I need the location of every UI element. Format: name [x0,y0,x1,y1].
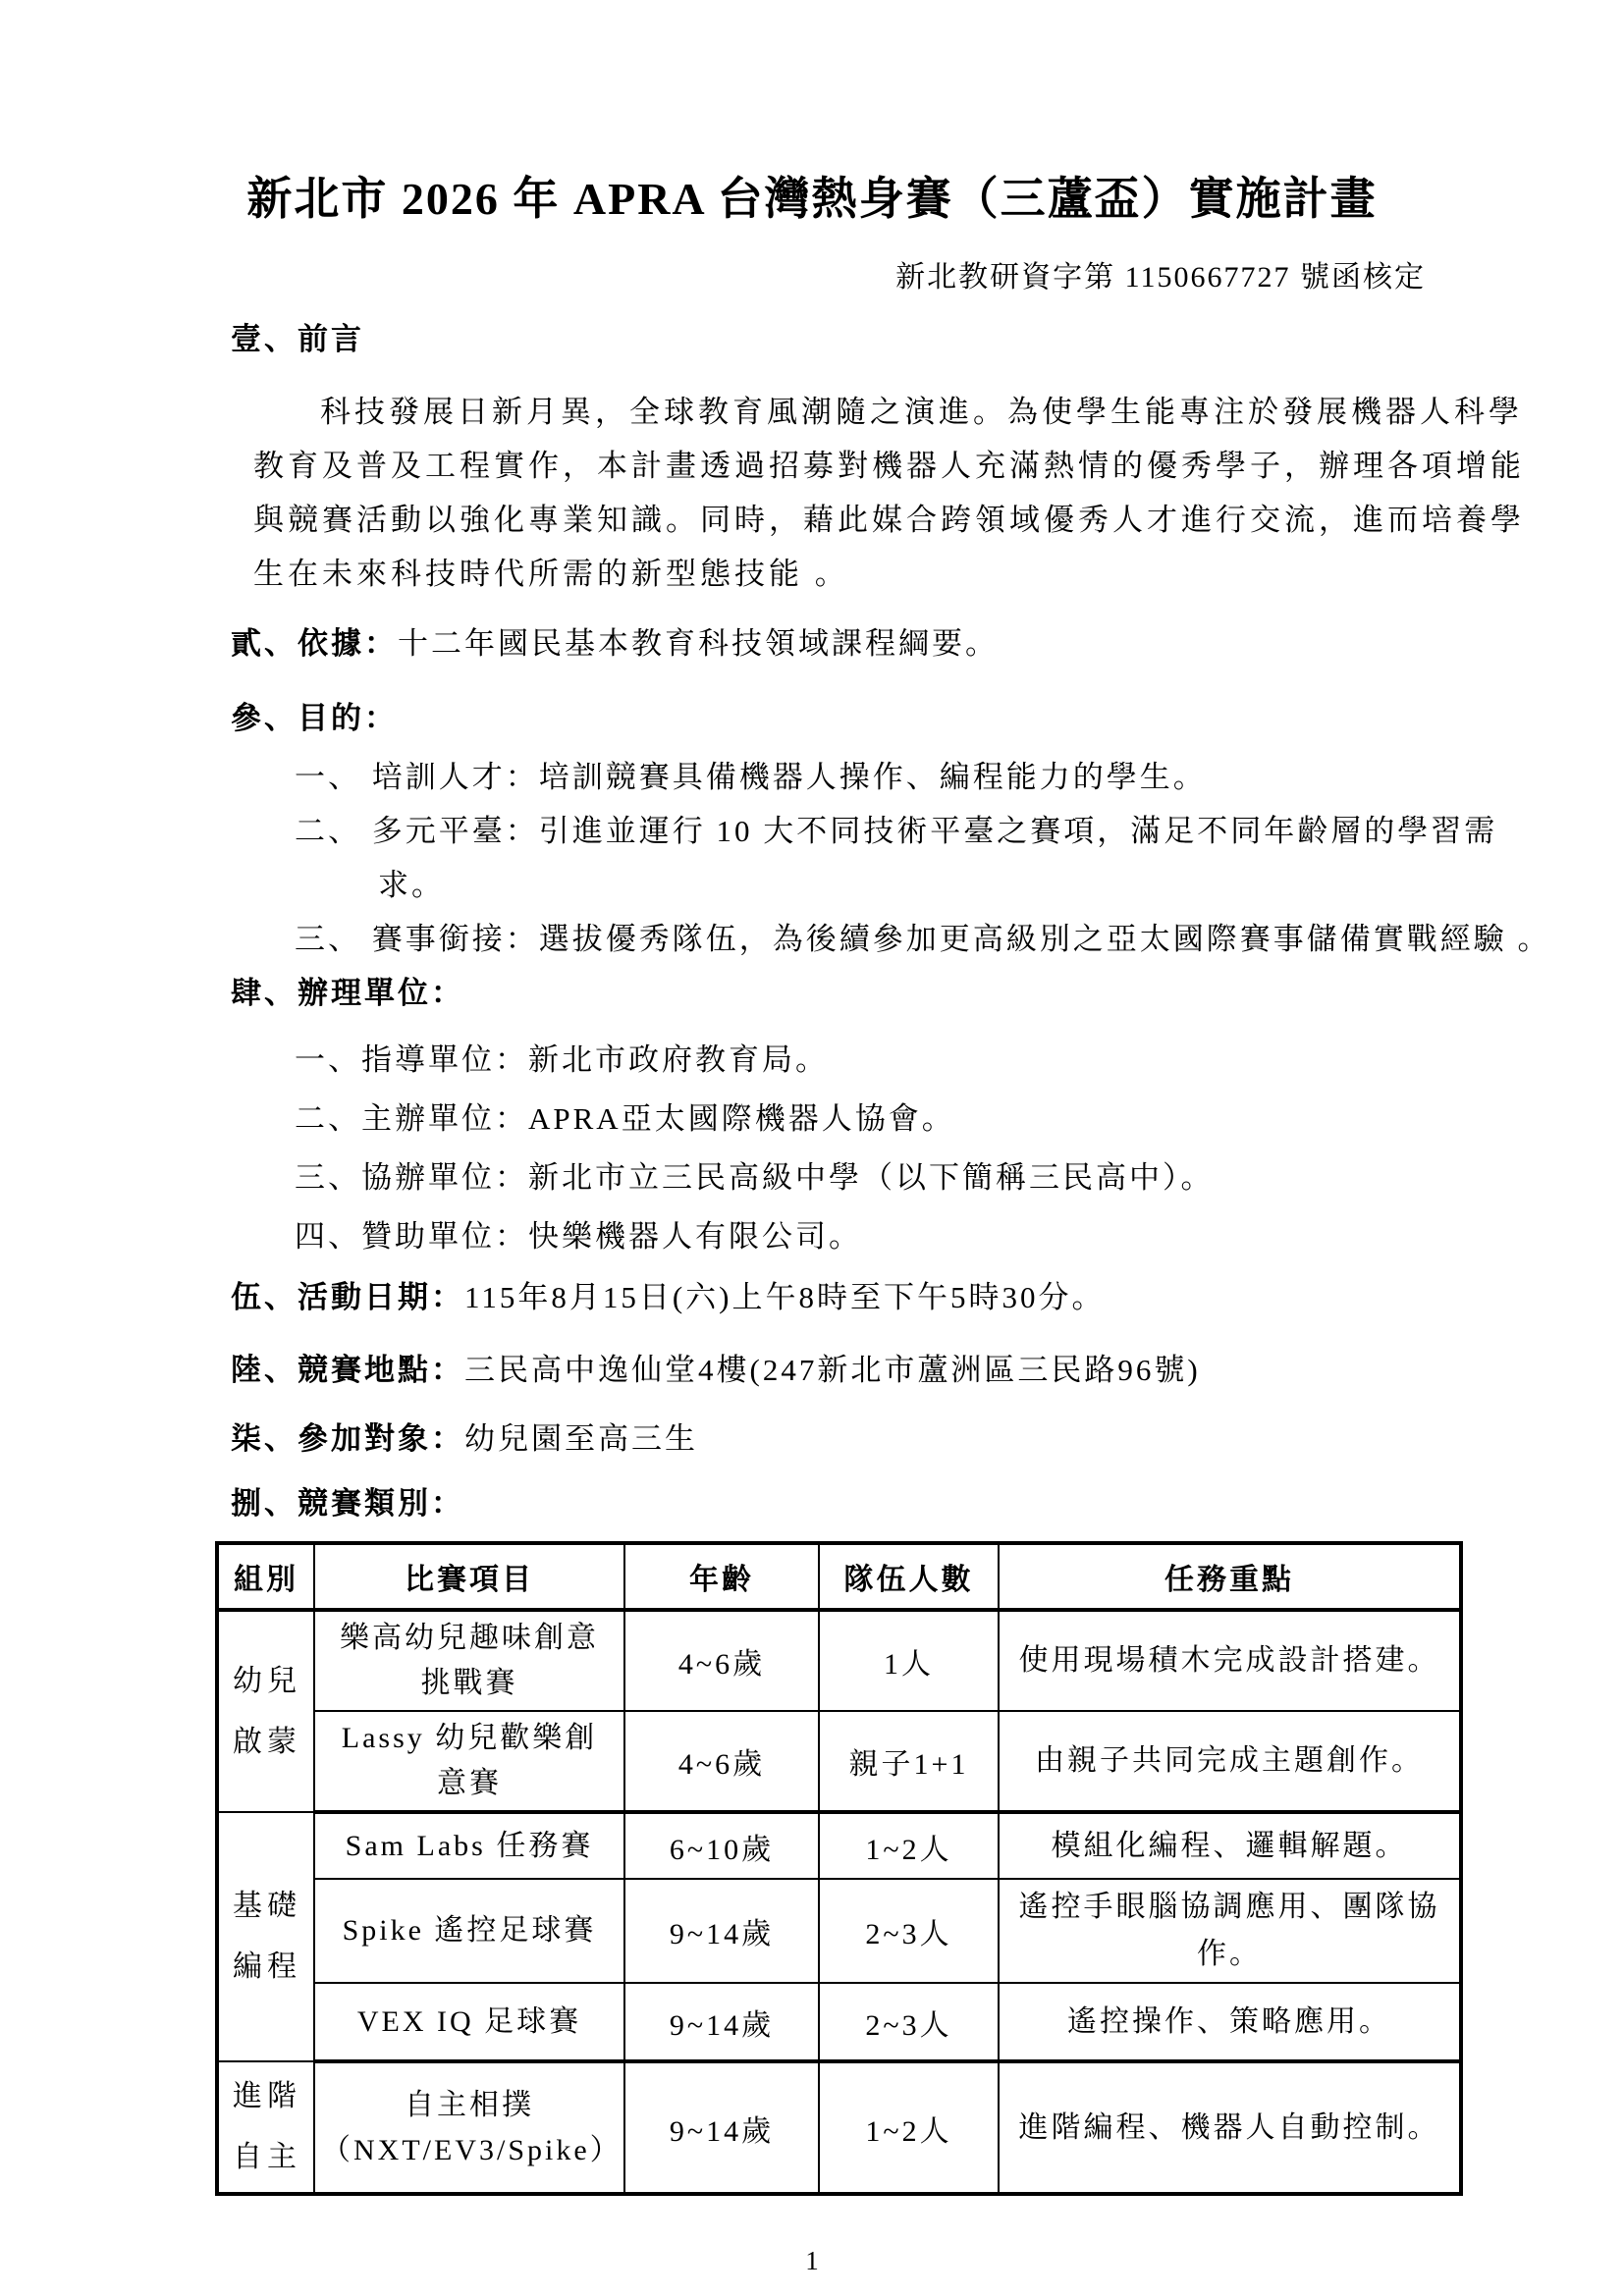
event-cell: Spike 遙控足球賽 [314,1879,624,1983]
preface-line: 科技發展日新月異，全球教育風潮隨之演進。為使學生能專注於發展機器人科學 [253,385,1624,439]
age-cell: 9~14歲 [624,2061,819,2194]
approval-number: 新北教研資字第 1150667727 號函核定 [0,257,1624,298]
task-line: 遙控手眼腦協調應用、團隊協 [1005,1884,1453,1931]
basis-text: 十二年國民基本教育科技領域課程綱要。 [398,626,999,661]
table-header-event: 比賽項目 [314,1543,624,1610]
table-header-task: 任務重點 [999,1543,1461,1610]
organizer-item: 三、協辦單位：新北市立三民高級中學（以下簡稱三民高中）。 [295,1148,1624,1207]
team-size-cell: 1~2人 [819,2061,999,2194]
section-preface-heading: 壹、前言 [231,318,1624,361]
preface-paragraph: 科技發展日新月異，全球教育風潮隨之演進。為使學生能專注於發展機器人科學 教育及普… [0,385,1624,601]
group-name-line: 編程 [225,1937,307,1998]
team-size-cell: 1~2人 [819,1812,999,1879]
event-line: 自主相撲 [321,2083,618,2128]
preface-line: 教育及普及工程實作，本計畫透過招募對機器人充滿熱情的優秀學子，辦理各項增能 [253,439,1624,493]
preface-line: 與競賽活動以強化專業知識。同時，藉此媒合跨領域優秀人才進行交流，進而培養學 [253,493,1624,547]
table-header-age: 年齡 [624,1543,819,1610]
page-number: 1 [0,2243,1624,2278]
purpose-item-2-line-2: 求。 [378,858,1624,912]
section-basis: 貳、依據：十二年國民基本教育科技領域課程綱要。 [231,622,1624,666]
table-header-row: 組別 比賽項目 年齡 隊伍人數 任務重點 [217,1543,1461,1610]
group-name-line: 自主 [225,2127,307,2188]
table-row: Spike 遙控足球賽 9~14歲 2~3人 遙控手眼腦協調應用、團隊協 作。 [217,1879,1461,1983]
table-row: 進階 自主 自主相撲 （NXT/EV3/Spike） 9~14歲 1~2人 進階… [217,2061,1461,2194]
team-size-cell: 2~3人 [819,1879,999,1983]
organizers-list: 一、指導單位：新北市政府教育局。 二、主辦單位：APRA亞太國際機器人協會。 三… [0,1031,1624,1266]
basis-label: 貳、依據： [231,626,398,661]
team-size-cell: 1人 [819,1610,999,1711]
group-name-line: 基礎 [225,1876,307,1937]
team-size-cell: 2~3人 [819,1983,999,2061]
task-line: 遙控操作、策略應用。 [1005,1999,1453,2046]
task-cell: 模組化編程、邏輯解題。 [999,1812,1461,1879]
task-cell: 使用現場積木完成設計搭建。 [999,1610,1461,1711]
task-line: 使用現場積木完成設計搭建。 [1005,1637,1453,1684]
event-line: Lassy 幼兒歡樂創 [321,1716,618,1761]
venue-text: 三民高中逸仙堂4樓(247新北市蘆洲區三民路96號) [464,1353,1201,1387]
purpose-list: 一、 培訓人才：培訓競賽具備機器人操作、編程能力的學生。 二、 多元平臺：引進並… [0,750,1624,966]
preface-line: 生在未來科技時代所需的新型態技能 。 [253,547,1624,601]
competition-table: 組別 比賽項目 年齡 隊伍人數 任務重點 幼兒 啟蒙 樂高幼兒趣味創意 挑戰賽 … [215,1541,1463,2196]
age-cell: 6~10歲 [624,1812,819,1879]
page-title: 新北市 2026 年 APRA 台灣熱身賽（三蘆盃）實施計畫 [0,169,1624,230]
organizer-item: 四、贊助單位：快樂機器人有限公司。 [295,1207,1624,1266]
organizer-item: 二、主辦單位：APRA亞太國際機器人協會。 [295,1090,1624,1148]
table-row: VEX IQ 足球賽 9~14歲 2~3人 遙控操作、策略應用。 [217,1983,1461,2061]
team-size-cell: 親子1+1 [819,1711,999,1812]
event-line: 挑戰賽 [321,1661,618,1706]
age-cell: 4~6歲 [624,1610,819,1711]
participants-label: 柒、參加對象： [231,1421,464,1456]
task-cell: 進階編程、機器人自動控制。 [999,2061,1461,2194]
group-name-line: 啟蒙 [225,1712,307,1773]
group-name-line: 進階 [225,2066,307,2127]
venue-label: 陸、競賽地點： [231,1353,464,1387]
event-cell: Lassy 幼兒歡樂創 意賽 [314,1711,624,1812]
purpose-item-2-line-1: 二、 多元平臺：引進並運行 10 大不同技術平臺之賽項，滿足不同年齡層的學習需 [295,804,1624,858]
age-cell: 4~6歲 [624,1711,819,1812]
group-cell-infant: 幼兒 啟蒙 [217,1610,314,1812]
event-line: 樂高幼兒趣味創意 [321,1616,618,1661]
task-cell: 遙控手眼腦協調應用、團隊協 作。 [999,1879,1461,1983]
organizer-item: 一、指導單位：新北市政府教育局。 [295,1031,1624,1090]
participants-text: 幼兒園至高三生 [464,1421,698,1456]
table-row: Lassy 幼兒歡樂創 意賽 4~6歲 親子1+1 由親子共同完成主題創作。 [217,1711,1461,1812]
table-row: 基礎 編程 Sam Labs 任務賽 6~10歲 1~2人 模組化編程、邏輯解題… [217,1812,1461,1879]
purpose-item-3: 三、 賽事銜接：選拔優秀隊伍，為後續參加更高級別之亞太國際賽事儲備實戰經驗 。 [295,912,1624,966]
table-header-group: 組別 [217,1543,314,1610]
date-label: 伍、活動日期： [231,1280,464,1314]
table-header-team-size: 隊伍人數 [819,1543,999,1610]
section-organizers-heading: 肆、辦理單位： [231,972,1624,1015]
section-venue: 陸、競賽地點：三民高中逸仙堂4樓(247新北市蘆洲區三民路96號) [231,1349,1624,1392]
task-cell: 遙控操作、策略應用。 [999,1983,1461,2061]
event-line: 意賽 [321,1761,618,1806]
age-cell: 9~14歲 [624,1879,819,1983]
document-page: 新北市 2026 年 APRA 台灣熱身賽（三蘆盃）實施計畫 新北教研資字第 1… [0,0,1624,2296]
group-cell-advanced: 進階 自主 [217,2061,314,2194]
purpose-item-1: 一、 培訓人才：培訓競賽具備機器人操作、編程能力的學生。 [295,750,1624,804]
event-cell: 樂高幼兒趣味創意 挑戰賽 [314,1610,624,1711]
task-cell: 由親子共同完成主題創作。 [999,1711,1461,1812]
event-line: Spike 遙控足球賽 [321,1908,618,1953]
age-cell: 9~14歲 [624,1983,819,2061]
task-line: 由親子共同完成主題創作。 [1005,1737,1453,1785]
group-cell-basic: 基礎 編程 [217,1812,314,2061]
task-line: 模組化編程、邏輯解題。 [1005,1823,1453,1870]
event-line: （NXT/EV3/Spike） [321,2128,618,2173]
section-date: 伍、活動日期：115年8月15日(六)上午8時至下午5時30分。 [231,1276,1624,1319]
table-row: 幼兒 啟蒙 樂高幼兒趣味創意 挑戰賽 4~6歲 1人 使用現場積木完成設計搭建。 [217,1610,1461,1711]
task-line: 作。 [1005,1931,1453,1978]
event-cell: Sam Labs 任務賽 [314,1812,624,1879]
event-cell: 自主相撲 （NXT/EV3/Spike） [314,2061,624,2194]
event-line: VEX IQ 足球賽 [321,2000,618,2045]
task-line: 進階編程、機器人自動控制。 [1005,2105,1453,2152]
section-participants: 柒、參加對象：幼兒園至高三生 [231,1417,1624,1461]
group-name-line: 幼兒 [225,1651,307,1712]
event-cell: VEX IQ 足球賽 [314,1983,624,2061]
section-purpose-heading: 參、目的： [231,697,1624,740]
section-categories-heading: 捌、競賽類別： [231,1482,1624,1525]
date-text: 115年8月15日(六)上午8時至下午5時30分。 [464,1280,1106,1314]
event-line: Sam Labs 任務賽 [321,1824,618,1869]
